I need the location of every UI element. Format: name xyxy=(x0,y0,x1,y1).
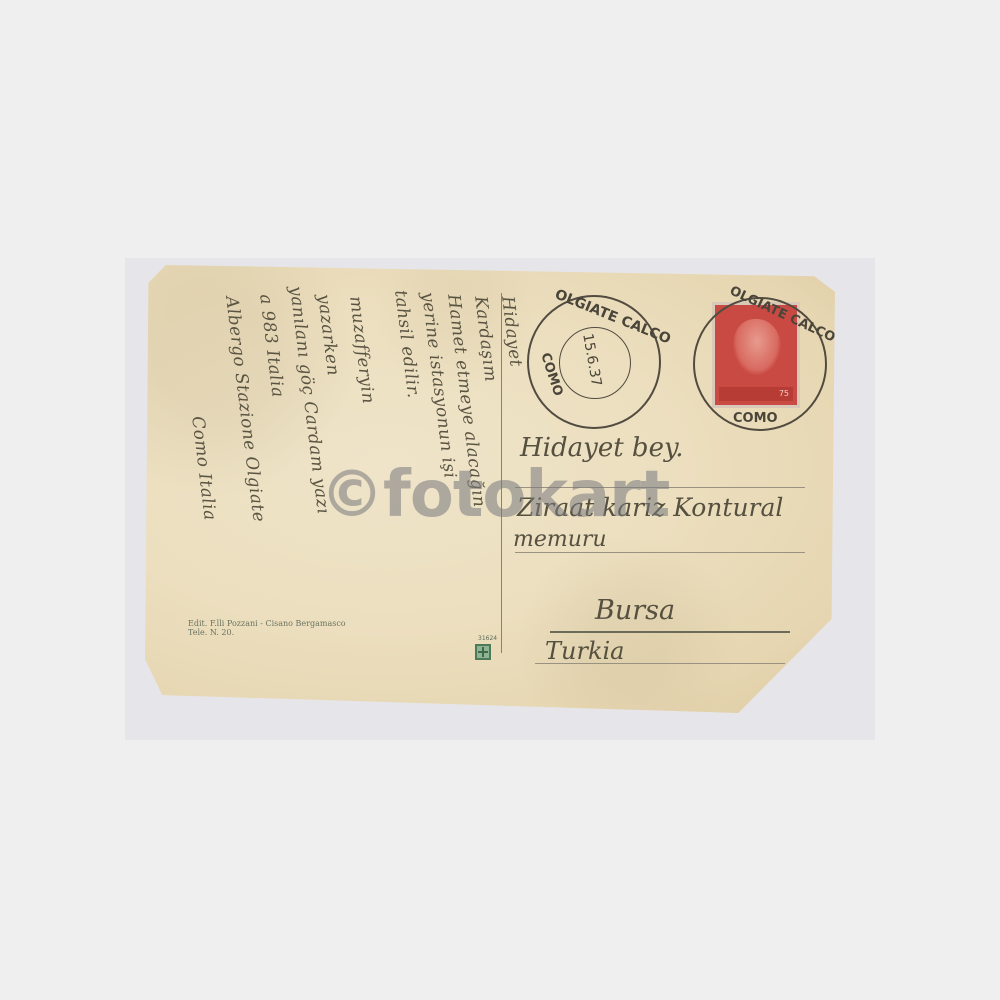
address-line-5: Turkia xyxy=(545,637,624,665)
imprint-line-1: Edit. F.lli Pozzani - Cisano Bergamasco xyxy=(188,619,346,628)
serial-number: 31624 xyxy=(478,635,497,642)
message-line: a 983 Italia xyxy=(255,293,288,399)
message-line: Kardaşım xyxy=(470,295,500,383)
postmark-right: OLGIATE CALCO COMO xyxy=(693,297,827,431)
postmark-left: OLGIATE CALCO COMO 15.6.37 xyxy=(527,295,661,429)
printer-mark-icon xyxy=(475,644,491,660)
message-line: Como Italia xyxy=(187,415,220,522)
address-line-4: Bursa xyxy=(595,595,675,626)
watermark: ©fotokart xyxy=(320,458,669,532)
publisher-imprint: Edit. F.lli Pozzani - Cisano Bergamasco … xyxy=(188,619,346,637)
address-rule xyxy=(550,631,790,633)
postmark-province: COMO xyxy=(733,411,778,426)
imprint-line-2: Tele. N. 20. xyxy=(188,628,346,637)
message-line: yazarken xyxy=(313,293,343,377)
message-line: muzafferyin xyxy=(345,295,378,405)
postmark-town: OLGIATE CALCO xyxy=(727,283,837,345)
address-rule xyxy=(515,552,805,553)
